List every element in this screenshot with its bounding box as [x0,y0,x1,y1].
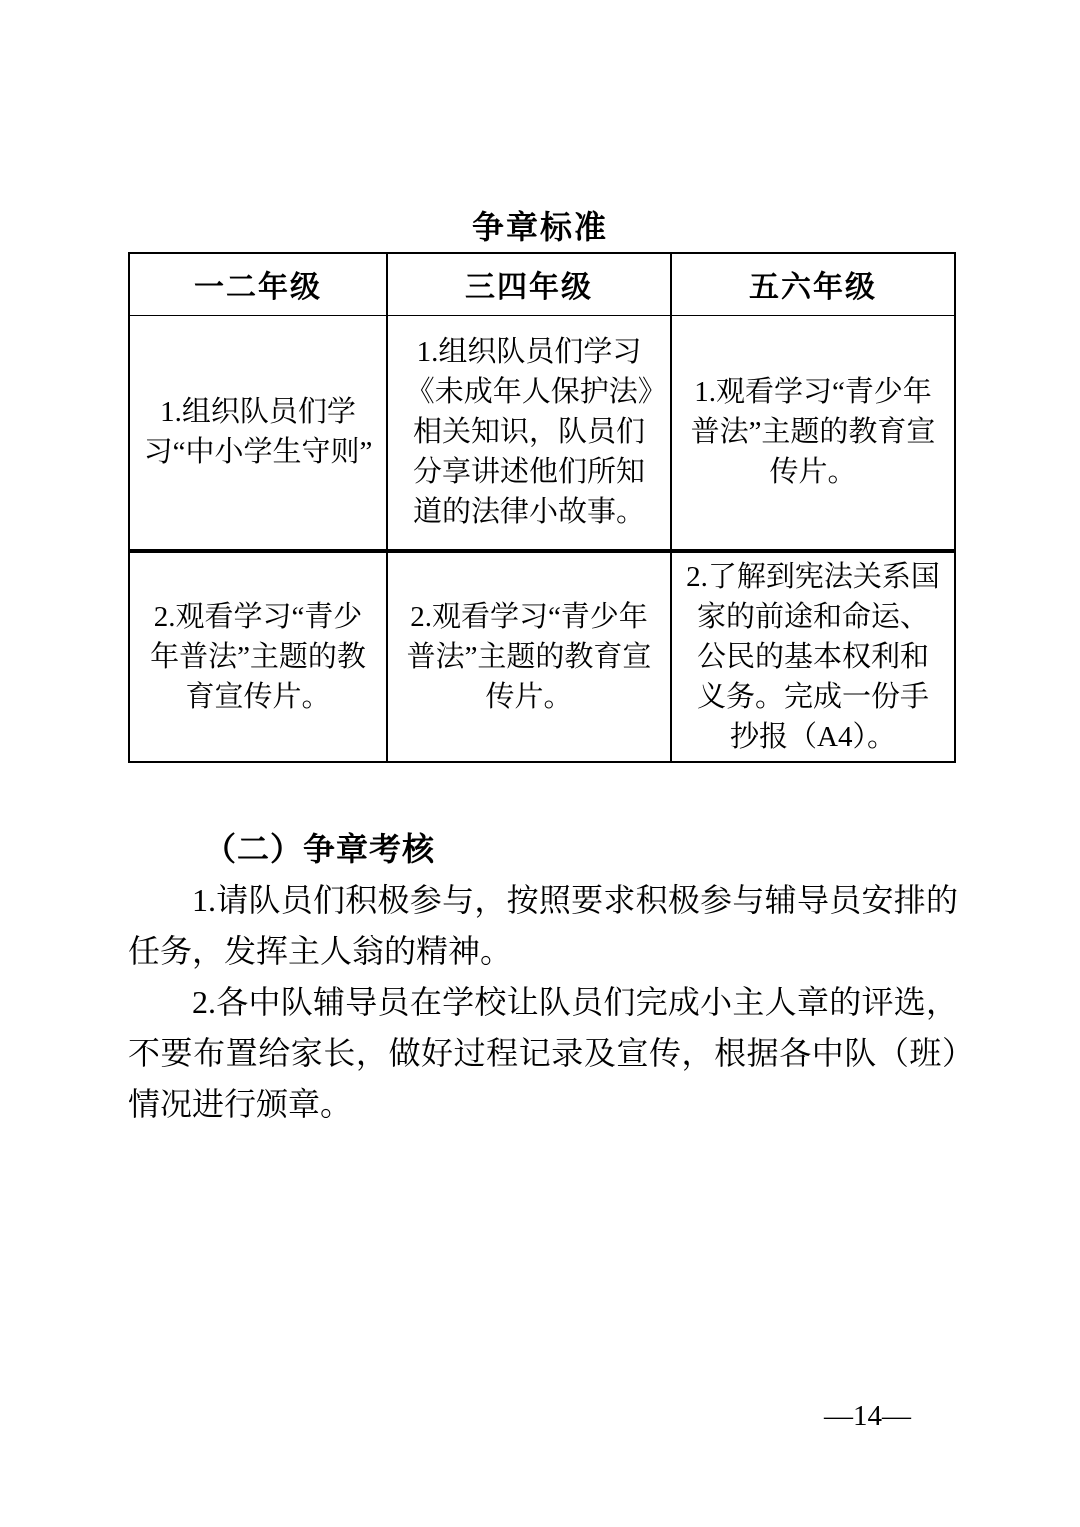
page-number: —14— [824,1400,911,1432]
table-header-row: 一二年级 三四年级 五六年级 [129,253,955,315]
table-cell-r2-grade-5-6: 2.了解到宪法关系国家的前途和命运、公民的基本权利和义务。完成一份手抄报（A4）… [671,551,955,762]
table-header-grade-1-2: 一二年级 [129,253,387,315]
table-cell-r1-grade-3-4: 1.组织队员们学习《未成年人保护法》相关知识，队员们分享讲述他们所知道的法律小故… [387,315,671,551]
badge-standards-table: 一二年级 三四年级 五六年级 1.组织队员们学习“中小学生守则” 1.组织队员们… [128,252,956,763]
table-row: 1.组织队员们学习“中小学生守则” 1.组织队员们学习《未成年人保护法》相关知识… [129,315,955,551]
table-header-grade-3-4: 三四年级 [387,253,671,315]
section-paragraph-1: 1.请队员们积极参与，按照要求积极参与辅导员安排的任务，发挥主人翁的精神。 [128,875,958,977]
table-cell-r2-grade-3-4: 2.观看学习“青少年普法”主题的教育宣传片。 [387,551,671,762]
table-cell-r1-grade-1-2: 1.组织队员们学习“中小学生守则” [129,315,387,551]
section-paragraph-2: 2.各中队辅导员在学校让队员们完成小主人章的评选，不要布置给家长，做好过程记录及… [128,977,958,1130]
table-cell-r1-grade-5-6: 1.观看学习“青少年普法”主题的教育宣传片。 [671,315,955,551]
table-cell-r2-grade-1-2: 2.观看学习“青少年普法”主题的教育宣传片。 [129,551,387,762]
document-page: 争章标准 一二年级 三四年级 五六年级 1.组织队员们学习“中小学生守则” 1.… [0,0,1080,1527]
table-row: 2.观看学习“青少年普法”主题的教育宣传片。 2.观看学习“青少年普法”主题的教… [129,551,955,762]
table-header-grade-5-6: 五六年级 [671,253,955,315]
section-badge-assessment: （二）争章考核 1.请队员们积极参与，按照要求积极参与辅导员安排的任务，发挥主人… [128,824,958,1130]
page-title: 争章标准 [0,208,1080,246]
section-heading: （二）争章考核 [128,824,958,875]
